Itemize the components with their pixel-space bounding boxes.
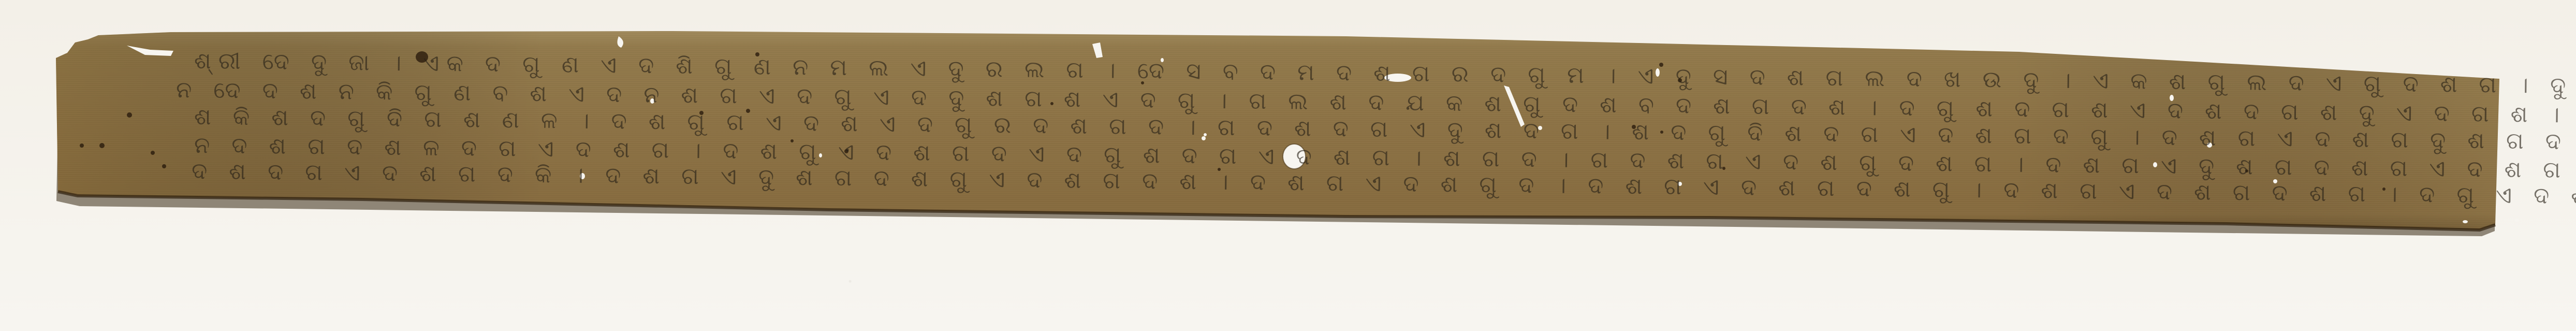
manuscript-photo: ଶ୍ରୀ ଦେ ଦୁ ଜା । ଏକ ଦ ଗୁ ଣ ଏ ଦ ଶି ଗୁ ଣ ନ … <box>0 0 2576 331</box>
